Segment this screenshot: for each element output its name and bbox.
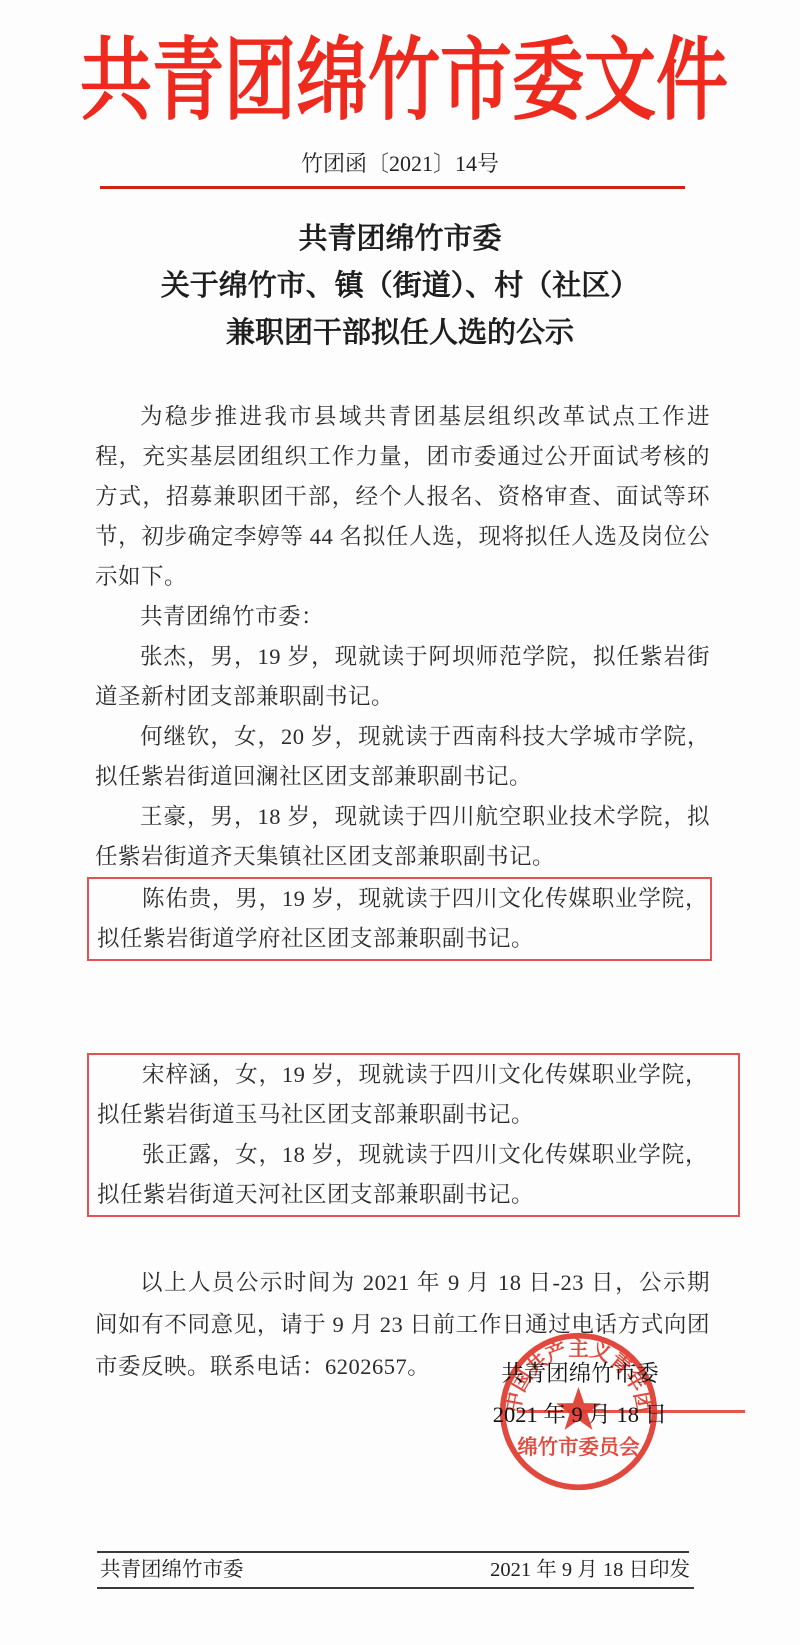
title-line-3: 兼职团干部拟任人选的公示 xyxy=(0,310,800,357)
seal-bottom-text: 绵竹市委员会 xyxy=(517,1435,640,1459)
document-title: 共青团绵竹市委 关于绵竹市、镇（街道）、村（社区） 兼职团干部拟任人选的公示 xyxy=(0,216,800,357)
red-divider-rule xyxy=(100,186,685,189)
candidate-entry-highlighted: 张正露，女，18 岁，现就读于四川文化传媒职业学院，拟任紫岩街道天河社区团支部兼… xyxy=(97,1135,708,1215)
org-heading-line: 共青团绵竹市委： xyxy=(95,597,710,637)
candidate-entry-highlighted: 宋梓涵，女，19 岁，现就读于四川文化传媒职业学院，拟任紫岩街道玉马社区团支部兼… xyxy=(97,1055,708,1135)
document-masthead: 共青团绵竹市委文件 xyxy=(80,34,720,130)
signature-block: 共青团绵竹市委 2021 年 9 月 18 日 xyxy=(470,1353,690,1435)
footer-row: 共青团绵竹市委 2021 年 9 月 18 日印发 xyxy=(100,1557,690,1583)
footer-rule-bottom xyxy=(97,1587,694,1589)
footer-rule-top xyxy=(97,1551,689,1553)
candidate-entry: 何继钦，女，20 岁，现就读于西南科技大学城市学院，拟任紫岩街道回澜社区团支部兼… xyxy=(95,717,710,797)
title-line-2: 关于绵竹市、镇（街道）、村（社区） xyxy=(0,263,800,310)
document-body: 为稳步推进我市县域共青团基层组织改革试点工作进程，充实基层团组织工作力量，团市委… xyxy=(95,397,710,1388)
title-line-1: 共青团绵竹市委 xyxy=(0,216,800,263)
highlight-box-1: 陈佑贵，男，19 岁，现就读于四川文化传媒职业学院，拟任紫岩街道学府社区团支部兼… xyxy=(87,877,712,961)
candidate-entry: 王豪，男，18 岁，现就读于四川航空职业技术学院，拟任紫岩街道齐天集镇社区团支部… xyxy=(95,797,710,877)
signature-date: 2021 年 9 月 18 日 xyxy=(470,1394,690,1435)
candidate-entry-highlighted: 陈佑贵，男，19 岁，现就读于四川文化传媒职业学院，拟任紫岩街道学府社区团支部兼… xyxy=(97,879,708,959)
footer-issuing-org: 共青团绵竹市委 xyxy=(100,1557,244,1583)
signature-org: 共青团绵竹市委 xyxy=(470,1353,690,1394)
footer-print-date: 2021 年 9 月 18 日印发 xyxy=(490,1557,690,1583)
document-number: 竹团函〔2021〕14号 xyxy=(0,149,800,179)
intro-paragraph: 为稳步推进我市县域共青团基层组织改革试点工作进程，充实基层团组织工作力量，团市委… xyxy=(95,397,710,597)
candidate-entry: 张杰，男，19 岁，现就读于阿坝师范学院，拟任紫岩街道圣新村团支部兼职副书记。 xyxy=(95,637,710,717)
highlight-box-2: 宋梓涵，女，19 岁，现就读于四川文化传媒职业学院，拟任紫岩街道玉马社区团支部兼… xyxy=(87,1053,740,1217)
official-document-page: 共青团绵竹市委文件 竹团函〔2021〕14号 共青团绵竹市委 关于绵竹市、镇（街… xyxy=(0,0,800,1645)
